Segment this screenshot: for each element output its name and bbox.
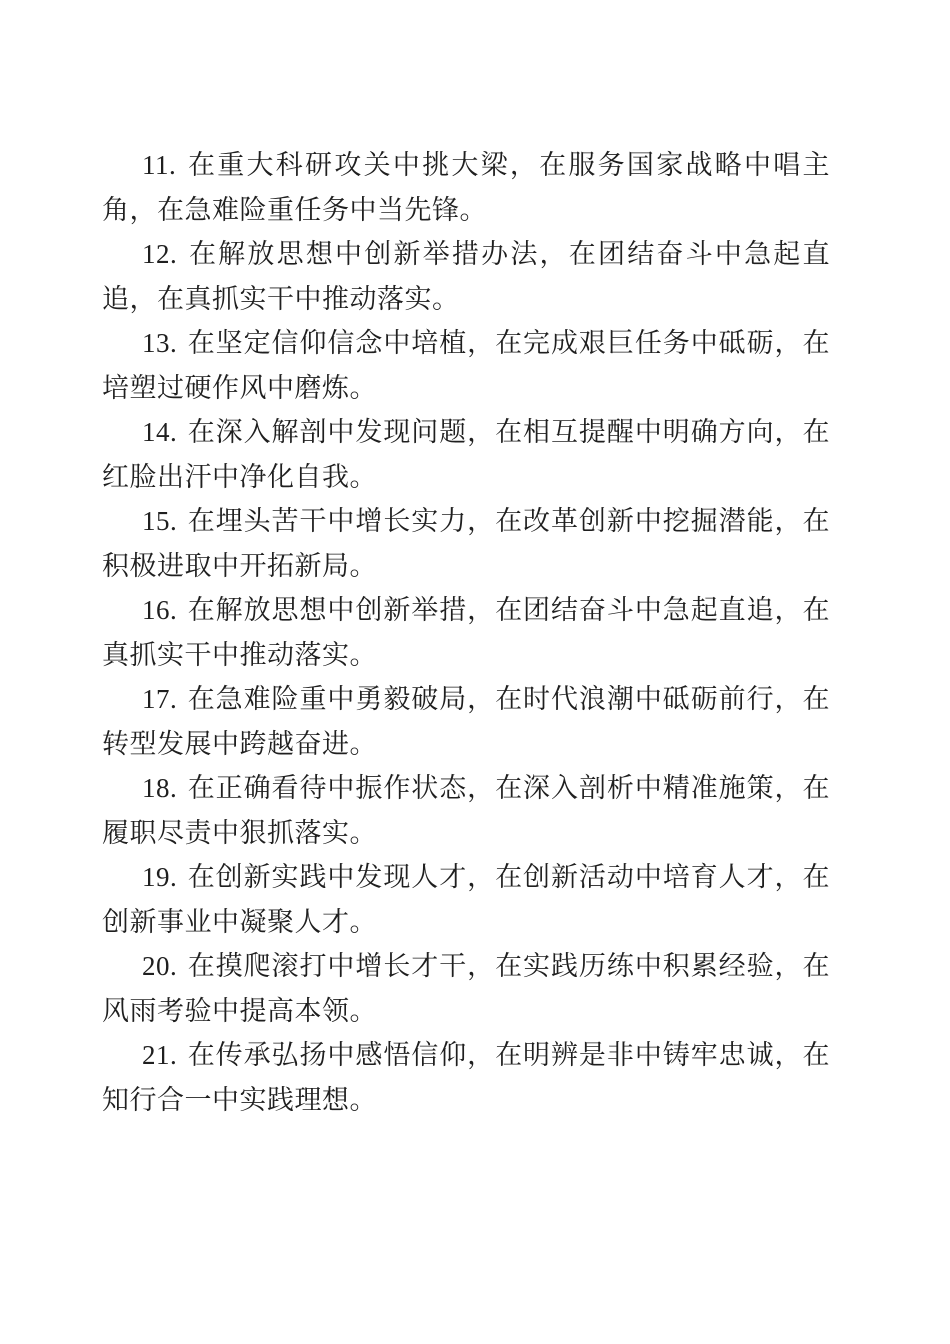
paragraph-15-text: 在埋头苦干中增长实力，在改革创新中挖掘潜能，在积极进取中开拓新局。 — [102, 506, 830, 581]
paragraph-18: 18.在正确看待中振作状态，在深入剖析中精准施策，在履职尽责中狠抓落实。 — [102, 766, 830, 855]
paragraph-11-text: 在重大科研攻关中挑大梁，在服务国家战略中唱主角，在急难险重任务中当先锋。 — [102, 150, 830, 225]
paragraph-12: 12.在解放思想中创新举措办法，在团结奋斗中急起直追，在真抓实干中推动落实。 — [102, 232, 830, 321]
paragraph-19: 19.在创新实践中发现人才，在创新活动中培育人才，在创新事业中凝聚人才。 — [102, 855, 830, 944]
paragraph-14-number: 14. — [142, 417, 177, 447]
paragraph-18-text: 在正确看待中振作状态，在深入剖析中精准施策，在履职尽责中狠抓落实。 — [102, 773, 830, 848]
paragraph-15: 15.在埋头苦干中增长实力，在改革创新中挖掘潜能，在积极进取中开拓新局。 — [102, 499, 830, 588]
paragraph-21: 21.在传承弘扬中感悟信仰，在明辨是非中铸牢忠诚，在知行合一中实践理想。 — [102, 1033, 830, 1122]
paragraph-18-number: 18. — [142, 773, 177, 803]
paragraph-20: 20.在摸爬滚打中增长才干，在实践历练中积累经验，在风雨考验中提高本领。 — [102, 944, 830, 1033]
paragraph-11-number: 11. — [142, 150, 176, 180]
paragraph-14: 14.在深入解剖中发现问题，在相互提醒中明确方向，在红脸出汗中净化自我。 — [102, 410, 830, 499]
paragraph-20-number: 20. — [142, 951, 177, 981]
paragraph-13-text: 在坚定信仰信念中培植，在完成艰巨任务中砥砺，在培塑过硬作风中磨炼。 — [102, 328, 830, 403]
document-body: 11.在重大科研攻关中挑大梁，在服务国家战略中唱主角，在急难险重任务中当先锋。 … — [102, 143, 830, 1122]
paragraph-16-number: 16. — [142, 595, 177, 625]
paragraph-21-text: 在传承弘扬中感悟信仰，在明辨是非中铸牢忠诚，在知行合一中实践理想。 — [102, 1040, 830, 1115]
paragraph-12-number: 12. — [142, 239, 177, 269]
paragraph-19-text: 在创新实践中发现人才，在创新活动中培育人才，在创新事业中凝聚人才。 — [102, 862, 830, 937]
paragraph-16: 16.在解放思想中创新举措，在团结奋斗中急起直追，在真抓实干中推动落实。 — [102, 588, 830, 677]
paragraph-17: 17.在急难险重中勇毅破局，在时代浪潮中砥砺前行，在转型发展中跨越奋进。 — [102, 677, 830, 766]
paragraph-12-text: 在解放思想中创新举措办法，在团结奋斗中急起直追，在真抓实干中推动落实。 — [102, 239, 830, 314]
paragraph-20-text: 在摸爬滚打中增长才干，在实践历练中积累经验，在风雨考验中提高本领。 — [102, 951, 830, 1026]
paragraph-16-text: 在解放思想中创新举措，在团结奋斗中急起直追，在真抓实干中推动落实。 — [102, 595, 830, 670]
paragraph-13: 13.在坚定信仰信念中培植，在完成艰巨任务中砥砺，在培塑过硬作风中磨炼。 — [102, 321, 830, 410]
paragraph-21-number: 21. — [142, 1040, 177, 1070]
paragraph-17-text: 在急难险重中勇毅破局，在时代浪潮中砥砺前行，在转型发展中跨越奋进。 — [102, 684, 830, 759]
paragraph-13-number: 13. — [142, 328, 177, 358]
document-page: 11.在重大科研攻关中挑大梁，在服务国家战略中唱主角，在急难险重任务中当先锋。 … — [0, 0, 950, 1344]
paragraph-15-number: 15. — [142, 506, 177, 536]
paragraph-19-number: 19. — [142, 862, 177, 892]
paragraph-14-text: 在深入解剖中发现问题，在相互提醒中明确方向，在红脸出汗中净化自我。 — [102, 417, 830, 492]
paragraph-11: 11.在重大科研攻关中挑大梁，在服务国家战略中唱主角，在急难险重任务中当先锋。 — [102, 143, 830, 232]
paragraph-17-number: 17. — [142, 684, 177, 714]
